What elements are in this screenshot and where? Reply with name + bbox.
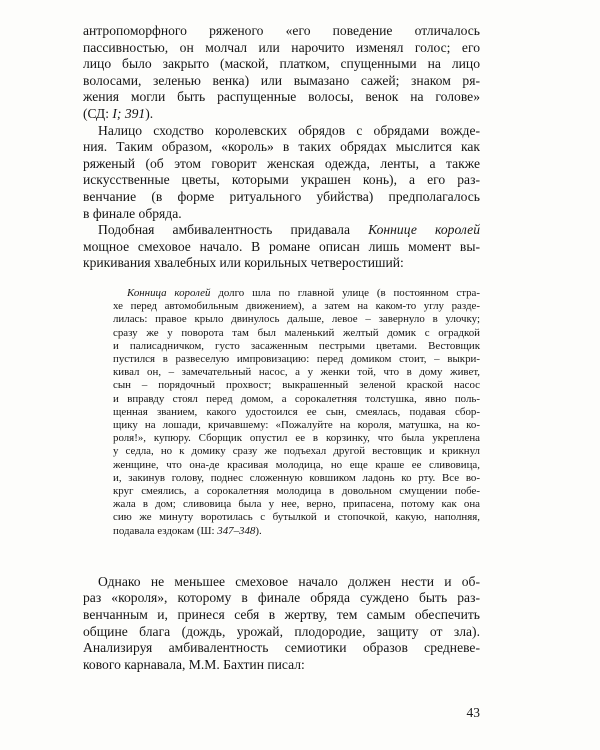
text-segment: мощное смеховое начало. В романе описан … [83,239,480,254]
text-segment: в финале обряда. [83,206,182,221]
text-line: кового карнавала, М.М. Бахтин писал: [83,657,480,674]
text-segment: искусственные цветы, которыми украшен ко… [83,172,480,187]
text-line: крикивания хвалебных или корильных четве… [83,255,480,272]
text-segment: волосами, зеленью венка) или вымазано са… [83,73,480,88]
text-segment: и вправду стоял перед домом, а сорокалет… [113,393,480,405]
text-segment: женщине, что она-де красивая молодица, н… [113,459,480,471]
text-segment: лилась: правое крыло двинулось дальше, л… [113,313,480,325]
text-line: пустился в развеселую импровизацию: пере… [113,353,480,366]
text-line: и, закинув голову, поднес сложенную ковш… [113,472,480,485]
text-line: сын – порядочный прохвост; выкрашенный з… [113,379,480,392]
text-segment: жала в дом; сливовица была у нее, верно,… [113,498,480,510]
text-segment: сию же минуту воротилась с бутылкой и ст… [113,511,480,523]
text-segment: щику на лошади, кричавшему: «Пожалуйте н… [113,419,480,431]
text-line: венчание (в форме ритуального убийства) … [83,189,480,206]
text-line: у седла, но к домику сразу же подъехал д… [113,445,480,458]
text-line: женщине, что она-де красивая молодица, н… [113,459,480,472]
italic-text-segment: Конница королей [127,287,210,299]
text-line: лилась: правое крыло двинулось дальше, л… [113,313,480,326]
text-segment: кивал он, – замечательный насос, а у жен… [113,366,480,378]
paragraph: Подобная амбивалентность придавала Конни… [83,222,480,272]
text-segment: сразу же у поворота там был маленький же… [113,327,480,339]
text-segment: и, закинув голову, поднес сложенную ковш… [113,472,480,484]
block-quote: Конница королей долго шла по главной ули… [113,287,480,538]
text-line: ния. Таким образом, «король» в таких обр… [83,139,480,156]
text-segment: долго шла по главной улице (в постоянном… [210,287,480,299]
text-segment: ). [145,106,153,121]
text-line: раз «короля», которому в финале обряда с… [83,590,480,607]
text-line: волосами, зеленью венка) или вымазано са… [83,73,480,90]
text-line: Анализируя амбивалентность семиотики обр… [83,640,480,657]
text-line: искусственные цветы, которыми украшен ко… [83,172,480,189]
text-segment: щенная званием, какого удостоился ее сын… [113,406,480,418]
text-line: и палисадничком, густо засаженным пестры… [113,340,480,353]
text-segment: ). [255,525,261,537]
text-line: в финале обряда. [83,206,480,223]
text-segment: Налицо сходство королевских обрядов с об… [98,123,480,138]
text-segment: Анализируя амбивалентность семиотики обр… [83,640,480,655]
text-segment: жения могли быть распущенные волосы, вен… [83,89,480,104]
text-line: сию же минуту воротилась с бутылкой и ст… [113,511,480,524]
text-segment: венчанным и, принеся себя в жертву, тем … [83,607,480,622]
text-line: кивал он, – замечательный насос, а у жен… [113,366,480,379]
text-segment: антропоморфного ряженого «его поведение … [83,23,480,38]
text-segment: роля!», купюру. Сборщик опустил ее в кор… [113,432,480,444]
text-line: жала в дом; сливовица была у нее, верно,… [113,498,480,511]
text-segment: пустился в развеселую импровизацию: пере… [113,353,480,365]
text-block: антропоморфного ряженого «его поведение … [83,23,480,673]
text-segment: подавала ездокам (Ш: [113,525,217,537]
text-line: сразу же у поворота там был маленький же… [113,327,480,340]
text-segment: Однако не меньшее смеховое начало должен… [98,574,480,589]
text-line: Налицо сходство королевских обрядов с об… [83,123,480,140]
text-segment: сын – порядочный прохвост; выкрашенный з… [113,379,480,391]
text-line: Конница королей долго шла по главной ули… [113,287,480,300]
italic-text-segment: I; 391 [112,106,145,121]
text-segment: лицо было закрыто (маской, платком, спущ… [83,56,480,71]
text-segment: кового карнавала, М.М. Бахтин писал: [83,657,305,672]
text-line: ряженый (об этом говорит женская одежда,… [83,156,480,173]
text-line: и вправду стоял перед домом, а сорокалет… [113,393,480,406]
text-segment: пассивностью, он молчал или нарочито изм… [83,40,480,55]
italic-text-segment: 347–348 [217,525,255,537]
text-segment: хе перед автомобильным движением), а зат… [113,300,480,312]
text-segment: Подобная амбивалентность придавала [98,222,368,237]
paragraph: антропоморфного ряженого «его поведение … [83,23,480,123]
text-segment: крикивания хвалебных или корильных четве… [83,255,404,270]
page-number: 43 [83,705,480,721]
text-line: жения могли быть распущенные волосы, вен… [83,89,480,106]
text-segment: (СД: [83,106,112,121]
paragraph: Однако не меньшее смеховое начало должен… [83,574,480,674]
text-segment: общине блага (дождь, урожай, плодородие,… [83,624,480,639]
text-line: щику на лошади, кричавшему: «Пожалуйте н… [113,419,480,432]
text-line: венчанным и, принеся себя в жертву, тем … [83,607,480,624]
text-segment: ряженый (об этом говорит женская одежда,… [83,156,480,171]
text-segment: ния. Таким образом, «король» в таких обр… [83,139,480,154]
italic-text-segment: Коннице королей [368,222,480,237]
text-line: антропоморфного ряженого «его поведение … [83,23,480,40]
text-line: хе перед автомобильным движением), а зат… [113,300,480,313]
text-segment: раз «короля», которому в финале обряда с… [83,590,480,605]
text-segment: и палисадничком, густо засаженным пестры… [113,340,480,352]
text-line: мощное смеховое начало. В романе описан … [83,239,480,256]
text-line: круг смеялись, а сорокалетняя молодица в… [113,485,480,498]
text-line: щенная званием, какого удостоился ее сын… [113,406,480,419]
text-line: Однако не меньшее смеховое начало должен… [83,574,480,591]
text-line: подавала ездокам (Ш: 347–348). [113,525,480,538]
text-line: общине блага (дождь, урожай, плодородие,… [83,624,480,641]
text-segment: круг смеялись, а сорокалетняя молодица в… [113,485,480,497]
paragraph: Налицо сходство королевских обрядов с об… [83,123,480,223]
text-line: лицо было закрыто (маской, платком, спущ… [83,56,480,73]
text-line: пассивностью, он молчал или нарочито изм… [83,40,480,57]
text-line: Подобная амбивалентность придавала Конни… [83,222,480,239]
book-page: антропоморфного ряженого «его поведение … [0,0,600,750]
text-line: роля!», купюру. Сборщик опустил ее в кор… [113,432,480,445]
text-segment: венчание (в форме ритуального убийства) … [83,189,480,204]
text-segment: у седла, но к домику сразу же подъехал д… [113,445,480,457]
text-line: (СД: I; 391). [83,106,480,123]
